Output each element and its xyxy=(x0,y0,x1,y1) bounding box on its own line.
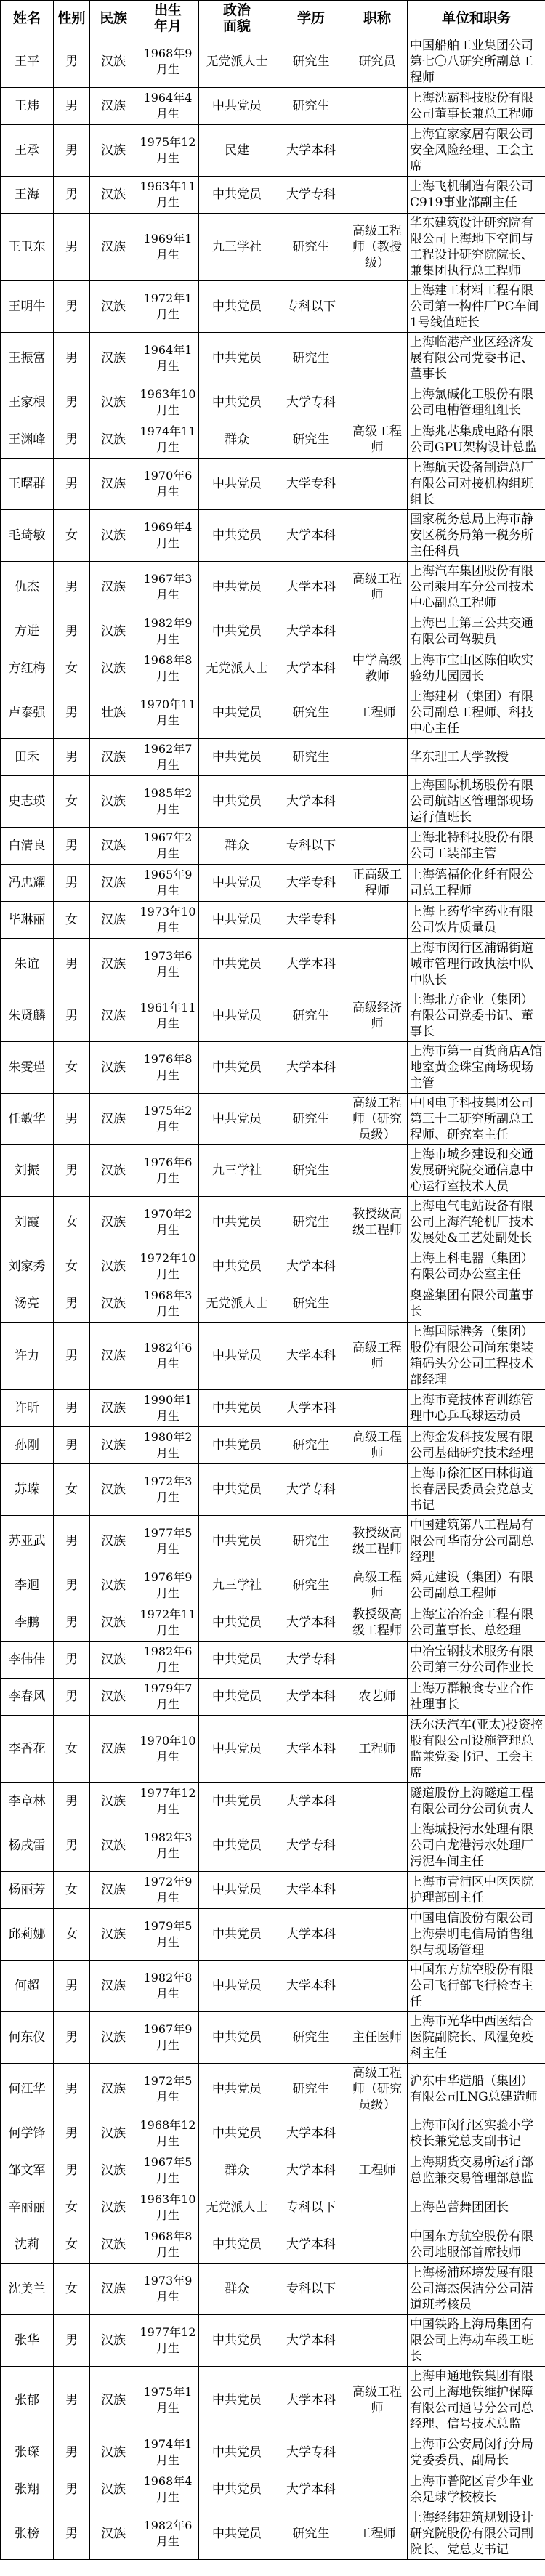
cell-gender: 男 xyxy=(54,1323,90,1390)
cell-ethnicity: 汉族 xyxy=(90,990,137,1042)
cell-education: 大学本科 xyxy=(275,1390,347,1427)
cell-education: 研究生 xyxy=(275,990,347,1042)
cell-education: 研究生 xyxy=(275,1197,347,1248)
cell-birth: 1964年4月生 xyxy=(137,88,199,125)
cell-gender: 女 xyxy=(54,902,90,939)
header-title: 职称 xyxy=(347,1,408,36)
cell-education: 大学本科 xyxy=(275,562,347,613)
cell-title: 高级工程师 xyxy=(347,1323,408,1390)
cell-gender: 男 xyxy=(54,2471,90,2508)
cell-political: 中共党员 xyxy=(199,2226,275,2264)
cell-title xyxy=(347,2315,408,2367)
cell-birth: 1967年5月生 xyxy=(137,2152,199,2189)
cell-education: 大学本科 xyxy=(275,1323,347,1390)
cell-name: 李迥 xyxy=(1,1567,54,1604)
cell-ethnicity: 汉族 xyxy=(90,2367,137,2434)
cell-gender: 男 xyxy=(54,1516,90,1567)
cell-education: 大学本科 xyxy=(275,125,347,177)
cell-birth: 1982年6月生 xyxy=(137,2508,199,2560)
cell-education: 大学专科 xyxy=(275,459,347,510)
cell-name: 李香花 xyxy=(1,1716,54,1783)
cell-ethnicity: 汉族 xyxy=(90,2434,137,2471)
cell-gender: 男 xyxy=(54,562,90,613)
cell-birth: 1972年1月生 xyxy=(137,281,199,333)
cell-title xyxy=(347,2434,408,2471)
cell-unit: 上海北特科技股份有限公司工装部主管 xyxy=(408,828,545,865)
table-row: 辛丽丽女汉族1963年10月生无党派人士专科以下上海芭蕾舞团团长 xyxy=(1,2189,545,2226)
cell-birth: 1982年6月生 xyxy=(137,1323,199,1390)
cell-political: 中共党员 xyxy=(199,562,275,613)
cell-birth: 1967年9月生 xyxy=(137,2012,199,2064)
cell-gender: 男 xyxy=(54,2012,90,2064)
cell-unit: 中国建筑第八工程局有限公司华南分公司副总经理 xyxy=(408,1516,545,1567)
cell-education: 研究生 xyxy=(275,687,347,739)
cell-name: 刘振 xyxy=(1,1145,54,1197)
table-row: 王渊峰男汉族1974年11月生群众研究生高级工程师上海兆芯集成电路有限公司GPU… xyxy=(1,421,545,459)
cell-unit: 上海市闵行区实验小学校长兼党总支副书记 xyxy=(408,2115,545,2152)
cell-unit: 上海申通地铁集团有限公司上海地铁维护保障有限公司通号分公司总经理、信号技术总监 xyxy=(408,2367,545,2434)
cell-title: 研究员 xyxy=(347,36,408,88)
table-row: 张琛男汉族1974年1月生中共党员大学专科上海市公安局闵行分局党委委员、副局长 xyxy=(1,2434,545,2471)
cell-name: 李伟伟 xyxy=(1,1642,54,1679)
cell-political: 中共党员 xyxy=(199,2064,275,2115)
cell-birth: 1990年1月生 xyxy=(137,1390,199,1427)
cell-gender: 男 xyxy=(54,2434,90,2471)
cell-birth: 1977年12月生 xyxy=(137,1783,199,1820)
cell-ethnicity: 汉族 xyxy=(90,776,137,828)
cell-title xyxy=(347,459,408,510)
cell-ethnicity: 汉族 xyxy=(90,1642,137,1679)
table-row: 汤亮男汉族1968年3月生无党派人士研究生奥盛集团有限公司董事长 xyxy=(1,1285,545,1323)
cell-birth: 1963年10月生 xyxy=(137,2189,199,2226)
cell-education: 大学本科 xyxy=(275,1783,347,1820)
cell-birth: 1974年1月生 xyxy=(137,2434,199,2471)
table-row: 张华男汉族1977年12月生中共党员大学本科中国铁路上海局集团有限公司上海动车段… xyxy=(1,2315,545,2367)
cell-political: 中共党员 xyxy=(199,1516,275,1567)
cell-ethnicity: 汉族 xyxy=(90,1961,137,2012)
cell-unit: 中国铁路上海局集团有限公司上海动车段工班长 xyxy=(408,2315,545,2367)
cell-title xyxy=(347,1820,408,1872)
cell-political: 中共党员 xyxy=(199,384,275,421)
cell-education: 大学专科 xyxy=(275,2434,347,2471)
header-ethnicity: 民族 xyxy=(90,1,137,36)
cell-political: 中共党员 xyxy=(199,1248,275,1285)
cell-name: 杨戌雷 xyxy=(1,1820,54,1872)
cell-gender: 女 xyxy=(54,1197,90,1248)
cell-birth: 1972年10月生 xyxy=(137,1248,199,1285)
cell-gender: 女 xyxy=(54,776,90,828)
cell-title xyxy=(347,125,408,177)
cell-birth: 1969年4月生 xyxy=(137,510,199,562)
table-row: 王曙群男汉族1970年6月生中共党员大学专科上海航天设备制造总厂有限公司对接机构… xyxy=(1,459,545,510)
cell-political: 中共党员 xyxy=(199,459,275,510)
cell-name: 朱雯瑾 xyxy=(1,1042,54,1094)
cell-title xyxy=(347,1390,408,1427)
cell-unit: 上海上科电器（集团）有限公司办公室主任 xyxy=(408,1248,545,1285)
cell-education: 大学本科 xyxy=(275,613,347,650)
cell-education: 大学本科 xyxy=(275,1716,347,1783)
cell-birth: 1961年11月生 xyxy=(137,990,199,1042)
cell-ethnicity: 汉族 xyxy=(90,2064,137,2115)
cell-title xyxy=(347,2115,408,2152)
cell-name: 卢泰强 xyxy=(1,687,54,739)
cell-unit: 上海航天设备制造总厂有限公司对接机构组班组长 xyxy=(408,459,545,510)
cell-education: 大学本科 xyxy=(275,2152,347,2189)
cell-gender: 男 xyxy=(54,1961,90,2012)
cell-name: 何东仪 xyxy=(1,2012,54,2064)
cell-political: 中共党员 xyxy=(199,2434,275,2471)
cell-title xyxy=(347,2471,408,2508)
cell-political: 中共党员 xyxy=(199,1783,275,1820)
cell-birth: 1980年2月生 xyxy=(137,1427,199,1464)
cell-political: 中共党员 xyxy=(199,177,275,214)
cell-political: 无党派人士 xyxy=(199,1285,275,1323)
cell-ethnicity: 汉族 xyxy=(90,865,137,902)
header-political: 政治 面貌 xyxy=(199,1,275,36)
cell-name: 许力 xyxy=(1,1323,54,1390)
cell-education: 大学本科 xyxy=(275,1679,347,1716)
cell-unit: 上海市公安局闵行分局党委委员、副局长 xyxy=(408,2434,545,2471)
cell-unit: 上海建材（集团）有限公司副总工程师、科技中心主任 xyxy=(408,687,545,739)
cell-education: 研究生 xyxy=(275,333,347,384)
cell-name: 张郁 xyxy=(1,2367,54,2434)
cell-title xyxy=(347,1909,408,1961)
table-row: 刘霞女汉族1970年2月生中共党员研究生教授级高级工程师上海电气电站设备有限公司… xyxy=(1,1197,545,1248)
cell-ethnicity: 汉族 xyxy=(90,828,137,865)
cell-name: 王炜 xyxy=(1,88,54,125)
header-name: 姓名 xyxy=(1,1,54,36)
cell-gender: 女 xyxy=(54,2189,90,2226)
cell-unit: 上海电气电站设备有限公司上海汽轮机厂技术发展处&工艺处副处长 xyxy=(408,1197,545,1248)
table-row: 史志瑛女汉族1985年2月生中共党员大学本科上海国际机场股份有限公司航站区管理部… xyxy=(1,776,545,828)
cell-gender: 女 xyxy=(54,2226,90,2264)
cell-birth: 1969年1月生 xyxy=(137,214,199,281)
cell-gender: 女 xyxy=(54,2264,90,2315)
cell-political: 中共党员 xyxy=(199,510,275,562)
cell-gender: 男 xyxy=(54,2115,90,2152)
cell-political: 群众 xyxy=(199,421,275,459)
cell-title: 高级经济师 xyxy=(347,990,408,1042)
cell-unit: 上海洗霸科技股份有限公司董事长兼总工程师 xyxy=(408,88,545,125)
cell-birth: 1974年11月生 xyxy=(137,421,199,459)
cell-gender: 男 xyxy=(54,281,90,333)
cell-ethnicity: 汉族 xyxy=(90,1820,137,1872)
cell-unit: 舜元建设（集团）有限公司副总工程师 xyxy=(408,1567,545,1604)
cell-political: 中共党员 xyxy=(199,1197,275,1248)
cell-gender: 男 xyxy=(54,1679,90,1716)
cell-title xyxy=(347,828,408,865)
cell-unit: 上海兆芯集成电路有限公司GPU架构设计总监 xyxy=(408,421,545,459)
cell-ethnicity: 汉族 xyxy=(90,1248,137,1285)
cell-birth: 1977年5月生 xyxy=(137,1516,199,1567)
cell-ethnicity: 汉族 xyxy=(90,1390,137,1427)
cell-education: 大学本科 xyxy=(275,1909,347,1961)
cell-unit: 上海市普陀区青少年业余足球学校校长 xyxy=(408,2471,545,2508)
cell-unit: 沃尔沃汽车(亚太)投资控股有限公司设施管理总监兼党委书记、工会主席 xyxy=(408,1716,545,1783)
cell-birth: 1968年3月生 xyxy=(137,1285,199,1323)
cell-title xyxy=(347,1872,408,1909)
cell-political: 中共党员 xyxy=(199,739,275,776)
cell-education: 研究生 xyxy=(275,1516,347,1567)
cell-unit: 华东建筑设计研究院有限公司上海地下空间与工程设计研究院院长、兼集团执行总工程师 xyxy=(408,214,545,281)
cell-unit: 华东理工大学教授 xyxy=(408,739,545,776)
cell-education: 大学本科 xyxy=(275,2226,347,2264)
cell-name: 王承 xyxy=(1,125,54,177)
cell-birth: 1979年7月生 xyxy=(137,1679,199,1716)
table-row: 何学锋男汉族1968年12月生中共党员大学本科上海市闵行区实验小学校长兼党总支副… xyxy=(1,2115,545,2152)
cell-name: 邱莉娜 xyxy=(1,1909,54,1961)
cell-unit: 沪东中华造船（集团）有限公司LNG总建造师 xyxy=(408,2064,545,2115)
cell-education: 专科以下 xyxy=(275,281,347,333)
table-row: 何江华男汉族1972年5月生中共党员研究生高级工程师（研究员级）沪东中华造船（集… xyxy=(1,2064,545,2115)
cell-name: 白清良 xyxy=(1,828,54,865)
cell-political: 中共党员 xyxy=(199,1872,275,1909)
cell-ethnicity: 汉族 xyxy=(90,421,137,459)
cell-unit: 上海市第一百货商店A馆地室黄金珠宝商场现场主管 xyxy=(408,1042,545,1094)
cell-unit: 上海巴士第三公共交通有限公司驾驶员 xyxy=(408,613,545,650)
cell-ethnicity: 汉族 xyxy=(90,2508,137,2560)
cell-political: 中共党员 xyxy=(199,1464,275,1516)
cell-title: 农艺师 xyxy=(347,1679,408,1716)
cell-political: 中共党员 xyxy=(199,2471,275,2508)
cell-political: 中共党员 xyxy=(199,88,275,125)
cell-political: 中共党员 xyxy=(199,1716,275,1783)
cell-gender: 女 xyxy=(54,1464,90,1516)
cell-political: 中共党员 xyxy=(199,1820,275,1872)
cell-political: 中共党员 xyxy=(199,1642,275,1679)
table-row: 王炜男汉族1964年4月生中共党员研究生上海洗霸科技股份有限公司董事长兼总工程师 xyxy=(1,88,545,125)
cell-ethnicity: 汉族 xyxy=(90,562,137,613)
cell-unit: 上海北方企业（集团）有限公司党委书记、董事长 xyxy=(408,990,545,1042)
cell-political: 中共党员 xyxy=(199,939,275,990)
cell-name: 仇杰 xyxy=(1,562,54,613)
cell-unit: 上海期货交易所运行部总监兼交易管理部总监 xyxy=(408,2152,545,2189)
cell-political: 中共党员 xyxy=(199,1427,275,1464)
cell-ethnicity: 汉族 xyxy=(90,2152,137,2189)
cell-education: 大学专科 xyxy=(275,1464,347,1516)
cell-ethnicity: 汉族 xyxy=(90,1679,137,1716)
table-row: 王海男汉族1963年11月生中共党员大学专科上海飞机制造有限公司C919事业部副… xyxy=(1,177,545,214)
cell-title: 教授级高级工程师 xyxy=(347,1197,408,1248)
cell-ethnicity: 汉族 xyxy=(90,384,137,421)
cell-gender: 男 xyxy=(54,939,90,990)
cell-birth: 1976年8月生 xyxy=(137,1042,199,1094)
cell-gender: 男 xyxy=(54,36,90,88)
cell-ethnicity: 汉族 xyxy=(90,1716,137,1783)
cell-ethnicity: 汉族 xyxy=(90,2471,137,2508)
table-row: 何超男汉族1982年8月生中共党员大学本科中国东方航空股份有限公司飞行部飞行检查… xyxy=(1,1961,545,2012)
cell-education: 大学本科 xyxy=(275,650,347,687)
cell-political: 中共党员 xyxy=(199,1390,275,1427)
cell-title xyxy=(347,333,408,384)
cell-name: 王卫东 xyxy=(1,214,54,281)
cell-title xyxy=(347,2264,408,2315)
cell-political: 九三学社 xyxy=(199,1145,275,1197)
cell-name: 方进 xyxy=(1,613,54,650)
table-row: 沈莉女汉族1968年8月生中共党员大学本科中国东方航空股份有限公司地服部首席技师 xyxy=(1,2226,545,2264)
cell-political: 中共党员 xyxy=(199,333,275,384)
cell-education: 大学专科 xyxy=(275,865,347,902)
cell-political: 中共党员 xyxy=(199,990,275,1042)
cell-unit: 上海汽车集团股份有限公司乘用车分公司技术中心副总工程师 xyxy=(408,562,545,613)
cell-political: 中共党员 xyxy=(199,2115,275,2152)
cell-unit: 中国电信股份有限公司上海崇明电信局销售组织与现场管理 xyxy=(408,1909,545,1961)
cell-name: 孙刚 xyxy=(1,1427,54,1464)
cell-unit: 上海宜家家居有限公司安全风险经理、工会主席 xyxy=(408,125,545,177)
cell-birth: 1972年11月生 xyxy=(137,1604,199,1642)
cell-gender: 男 xyxy=(54,2315,90,2367)
cell-ethnicity: 汉族 xyxy=(90,613,137,650)
cell-title xyxy=(347,384,408,421)
cell-ethnicity: 汉族 xyxy=(90,1042,137,1094)
cell-birth: 1982年8月生 xyxy=(137,1961,199,2012)
cell-unit: 中冶宝钢技术服务有限公司第三分公司作业长 xyxy=(408,1642,545,1679)
cell-birth: 1965年9月生 xyxy=(137,865,199,902)
cell-title xyxy=(347,281,408,333)
cell-education: 研究生 xyxy=(275,36,347,88)
table-row: 许昕男汉族1990年1月生中共党员大学本科上海市竞技体育训练管理中心乒乓球运动员 xyxy=(1,1390,545,1427)
cell-ethnicity: 汉族 xyxy=(90,2226,137,2264)
cell-unit: 上海市宝山区陈伯吹实验幼儿园园长 xyxy=(408,650,545,687)
cell-title: 高级工程师 xyxy=(347,1427,408,1464)
cell-gender: 女 xyxy=(54,1248,90,1285)
cell-unit: 上海市光华中西医结合医院副院长、风湿免疫科主任 xyxy=(408,2012,545,2064)
cell-title xyxy=(347,2189,408,2226)
cell-birth: 1970年6月生 xyxy=(137,459,199,510)
cell-education: 专科以下 xyxy=(275,2264,347,2315)
cell-political: 中共党员 xyxy=(199,2508,275,2560)
cell-birth: 1975年12月生 xyxy=(137,125,199,177)
cell-education: 大学本科 xyxy=(275,1042,347,1094)
cell-title: 高级工程师 xyxy=(347,421,408,459)
cell-political: 中共党员 xyxy=(199,687,275,739)
cell-ethnicity: 汉族 xyxy=(90,902,137,939)
cell-birth: 1982年3月生 xyxy=(137,1820,199,1872)
cell-name: 刘家秀 xyxy=(1,1248,54,1285)
cell-unit: 上海氯碱化工股份有限公司电槽管理组组长 xyxy=(408,384,545,421)
cell-ethnicity: 汉族 xyxy=(90,1464,137,1516)
cell-education: 大学本科 xyxy=(275,1248,347,1285)
cell-birth: 1972年3月生 xyxy=(137,1464,199,1516)
cell-ethnicity: 汉族 xyxy=(90,2189,137,2226)
cell-education: 专科以下 xyxy=(275,828,347,865)
cell-birth: 1963年10月生 xyxy=(137,384,199,421)
cell-birth: 1968年8月生 xyxy=(137,650,199,687)
cell-gender: 男 xyxy=(54,828,90,865)
cell-political: 中共党员 xyxy=(199,1094,275,1145)
header-gender: 性别 xyxy=(54,1,90,36)
cell-birth: 1976年6月生 xyxy=(137,1145,199,1197)
cell-education: 大学本科 xyxy=(275,1961,347,2012)
cell-name: 毛琦敏 xyxy=(1,510,54,562)
cell-birth: 1968年12月生 xyxy=(137,2115,199,2152)
cell-education: 大学本科 xyxy=(275,1872,347,1909)
table-row: 王承男汉族1975年12月生民建大学本科上海宜家家居有限公司安全风险经理、工会主… xyxy=(1,125,545,177)
cell-gender: 男 xyxy=(54,2367,90,2434)
cell-name: 苏亚武 xyxy=(1,1516,54,1567)
cell-political: 中共党员 xyxy=(199,1604,275,1642)
cell-title: 中学高级教师 xyxy=(347,650,408,687)
table-row: 卢泰强男壮族1970年11月生中共党员研究生工程师上海建材（集团）有限公司副总工… xyxy=(1,687,545,739)
cell-title xyxy=(347,1783,408,1820)
cell-ethnicity: 汉族 xyxy=(90,1197,137,1248)
cell-title xyxy=(347,776,408,828)
cell-gender: 男 xyxy=(54,1390,90,1427)
cell-education: 研究生 xyxy=(275,1145,347,1197)
table-row: 何东仪男汉族1967年9月生中共党员研究生主任医师上海市光华中西医结合医院副院长… xyxy=(1,2012,545,2064)
table-row: 冯忠耀男汉族1965年9月生中共党员大学专科正高级工程师上海德福伦化纤有限公司总… xyxy=(1,865,545,902)
cell-gender: 男 xyxy=(54,1604,90,1642)
cell-title xyxy=(347,1285,408,1323)
cell-name: 何超 xyxy=(1,1961,54,2012)
cell-education: 大学专科 xyxy=(275,1642,347,1679)
cell-birth: 1967年3月生 xyxy=(137,562,199,613)
table-row: 苏亚武男汉族1977年5月生中共党员研究生教授级高级工程师中国建筑第八工程局有限… xyxy=(1,1516,545,1567)
cell-political: 中共党员 xyxy=(199,1961,275,2012)
cell-birth: 1968年4月生 xyxy=(137,2471,199,2508)
cell-gender: 男 xyxy=(54,333,90,384)
cell-ethnicity: 汉族 xyxy=(90,214,137,281)
cell-title: 高级工程师 xyxy=(347,562,408,613)
cell-education: 研究生 xyxy=(275,1094,347,1145)
cell-unit: 上海国际机场股份有限公司航站区管理部现场运行值班长 xyxy=(408,776,545,828)
cell-title xyxy=(347,177,408,214)
cell-unit: 上海市青浦区中医医院护理部副主任 xyxy=(408,1872,545,1909)
cell-title xyxy=(347,1464,408,1516)
cell-name: 王平 xyxy=(1,36,54,88)
cell-birth: 1973年9月生 xyxy=(137,2264,199,2315)
cell-ethnicity: 汉族 xyxy=(90,333,137,384)
table-row: 孙刚男汉族1980年2月生中共党员研究生高级工程师上海金发科技发展有限公司基础研… xyxy=(1,1427,545,1464)
cell-unit: 上海市竞技体育训练管理中心乒乓球运动员 xyxy=(408,1390,545,1427)
cell-name: 邹文军 xyxy=(1,2152,54,2189)
cell-ethnicity: 汉族 xyxy=(90,1516,137,1567)
cell-political: 无党派人士 xyxy=(199,36,275,88)
cell-title: 教授级高级工程师 xyxy=(347,1516,408,1567)
table-row: 邱莉娜女汉族1979年5月生中共党员大学本科中国电信股份有限公司上海崇明电信局销… xyxy=(1,1909,545,1961)
cell-birth: 1977年12月生 xyxy=(137,2315,199,2367)
cell-ethnicity: 汉族 xyxy=(90,1567,137,1604)
cell-ethnicity: 汉族 xyxy=(90,510,137,562)
cell-education: 研究生 xyxy=(275,2012,347,2064)
cell-ethnicity: 汉族 xyxy=(90,1285,137,1323)
cell-name: 汤亮 xyxy=(1,1285,54,1323)
cell-gender: 男 xyxy=(54,421,90,459)
cell-education: 大学专科 xyxy=(275,177,347,214)
table-row: 方进男汉族1982年9月生中共党员大学本科上海巴士第三公共交通有限公司驾驶员 xyxy=(1,613,545,650)
cell-ethnicity: 汉族 xyxy=(90,36,137,88)
table-row: 毕琳丽女汉族1973年10月生中共党员大学专科上海上药华宇药业有限公司饮片质量员 xyxy=(1,902,545,939)
cell-education: 大学本科 xyxy=(275,2115,347,2152)
cell-unit: 上海临港产业区经济发展有限公司党委书记、董事长 xyxy=(408,333,545,384)
cell-ethnicity: 汉族 xyxy=(90,1909,137,1961)
cell-unit: 上海国际港务（集团）股份有限公司尚东集装箱码头分公司工程技术部经理 xyxy=(408,1323,545,1390)
table-row: 张翔男汉族1968年4月生中共党员大学本科上海市普陀区青少年业余足球学校校长 xyxy=(1,2471,545,2508)
table-row: 王卫东男汉族1969年1月生九三学社研究生高级工程师（教授级）华东建筑设计研究院… xyxy=(1,214,545,281)
cell-unit: 上海市闵行区浦锦街道城市管理行政执法中队中队长 xyxy=(408,939,545,990)
table-row: 李鹏男汉族1972年11月生中共党员大学本科教授级高级工程师上海宝冶冶金工程有限… xyxy=(1,1604,545,1642)
cell-political: 中共党员 xyxy=(199,1909,275,1961)
cell-birth: 1968年8月生 xyxy=(137,2226,199,2264)
cell-title xyxy=(347,1961,408,2012)
cell-title xyxy=(347,2226,408,2264)
cell-ethnicity: 汉族 xyxy=(90,650,137,687)
cell-education: 研究生 xyxy=(275,214,347,281)
cell-birth: 1976年9月生 xyxy=(137,1567,199,1604)
cell-education: 大学本科 xyxy=(275,2367,347,2434)
cell-gender: 男 xyxy=(54,1820,90,1872)
cell-title xyxy=(347,939,408,990)
